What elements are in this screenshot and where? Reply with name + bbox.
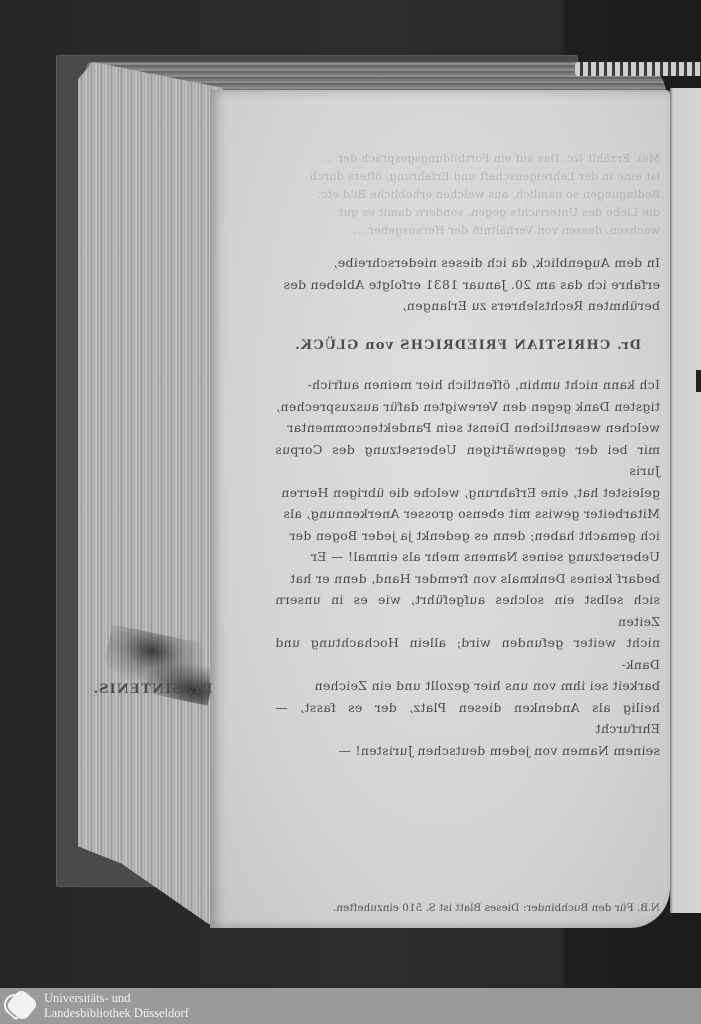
page-stack-edge <box>78 62 223 924</box>
library-footer-bar: Universitäts- und Landesbibliothek Düsse… <box>0 988 701 1024</box>
library-name[interactable]: Universitäts- und Landesbibliothek Düsse… <box>44 991 189 1021</box>
ulb-book-logo-icon[interactable] <box>2 988 42 1024</box>
binding-strip <box>575 62 701 76</box>
facing-page-mark <box>696 370 701 392</box>
scan-image: Mai. Erzählt &c. Das auf ein Fortbildung… <box>0 0 701 988</box>
binder-note: N.B. Für den Buchbinder: Dieses Blatt is… <box>300 902 660 914</box>
bleed-through-text: Mai. Erzählt &c. Das auf ein Fortbildung… <box>275 150 660 240</box>
facing-page <box>670 88 701 913</box>
main-paragraph: Ich kann nicht umhin, öffentlich hier me… <box>275 374 660 761</box>
signature: Dr. SINTENIS. <box>0 682 345 697</box>
intro-paragraph: In dem Augenblick, da ich dieses nieders… <box>275 252 660 317</box>
heading-glueck: Dr. CHRISTIAN FRIEDRICHS von GLÜCK. <box>275 338 660 353</box>
